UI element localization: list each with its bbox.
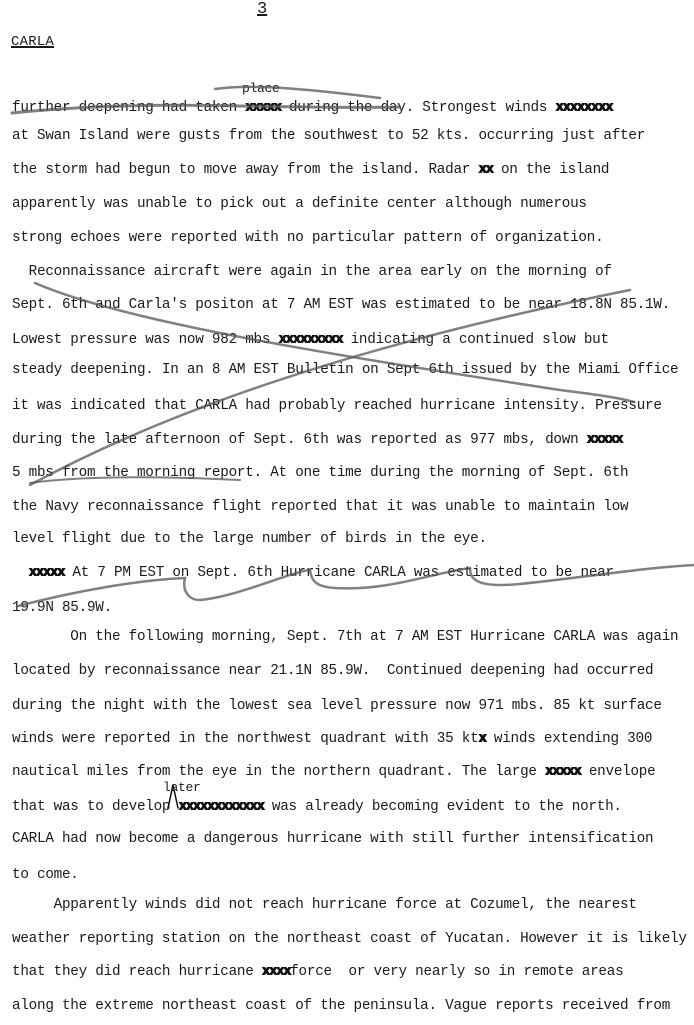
text-line-12: 5 mbs from the morning report. At one ti… [12,464,628,482]
text-line-10: it was indicated that CARLA had probably… [12,397,662,415]
text-line-9: steady deepening. In an 8 AM EST Bulleti… [12,361,678,379]
text-line-19: during the night with the lowest sea lev… [12,697,662,715]
text-line-6: Reconnaissance aircraft were again in th… [12,263,612,281]
text-line-1: further deepening had taken xxxxx during… [12,99,612,117]
text-line-2: at Swan Island were gusts from the south… [12,127,645,145]
page-number: 3 [257,0,267,19]
handwritten-insertion-later: later [163,780,201,795]
text-line-3: the storm had begun to move away from th… [12,161,609,179]
text-line-23: CARLA had now become a dangerous hurrica… [12,830,653,848]
text-line-15: xxxxx At 7 PM EST on Sept. 6th Hurricane… [12,564,614,582]
text-line-4: apparently was unable to pick out a defi… [12,195,587,213]
text-line-26: weather reporting station on the northea… [12,930,687,948]
text-line-21: nautical miles from the eye in the north… [12,763,655,781]
text-line-16: 19.9N 85.9W. [12,599,112,617]
document-page: 3 CARLA place later further deepening ha… [0,0,694,1025]
text-line-11: during the late afternoon of Sept. 6th w… [12,431,622,449]
handwritten-insertion-place: place [242,81,280,96]
text-line-22: that was to develop xxxxxxxxxxxx was alr… [12,798,622,816]
text-line-18: located by reconnaissance near 21.1N 85.… [12,662,653,680]
text-line-20: winds were reported in the northwest qua… [12,730,652,748]
text-line-28: along the extreme northeast coast of the… [12,997,670,1015]
document-title: CARLA [11,34,54,50]
text-line-24: to come. [12,866,79,884]
text-line-8: Lowest pressure was now 982 mbs xxxxxxxx… [12,331,609,349]
text-line-27: that they did reach hurricane xxxxforce … [12,963,623,981]
text-line-5: strong echoes were reported with no part… [12,229,603,247]
text-line-25: Apparently winds did not reach hurricane… [12,896,637,914]
text-line-17: On the following morning, Sept. 7th at 7… [12,628,678,646]
text-line-7: Sept. 6th and Carla's positon at 7 AM ES… [12,296,670,314]
text-line-14: level flight due to the large number of … [12,530,487,548]
text-line-13: the Navy reconnaissance flight reported … [12,498,628,516]
